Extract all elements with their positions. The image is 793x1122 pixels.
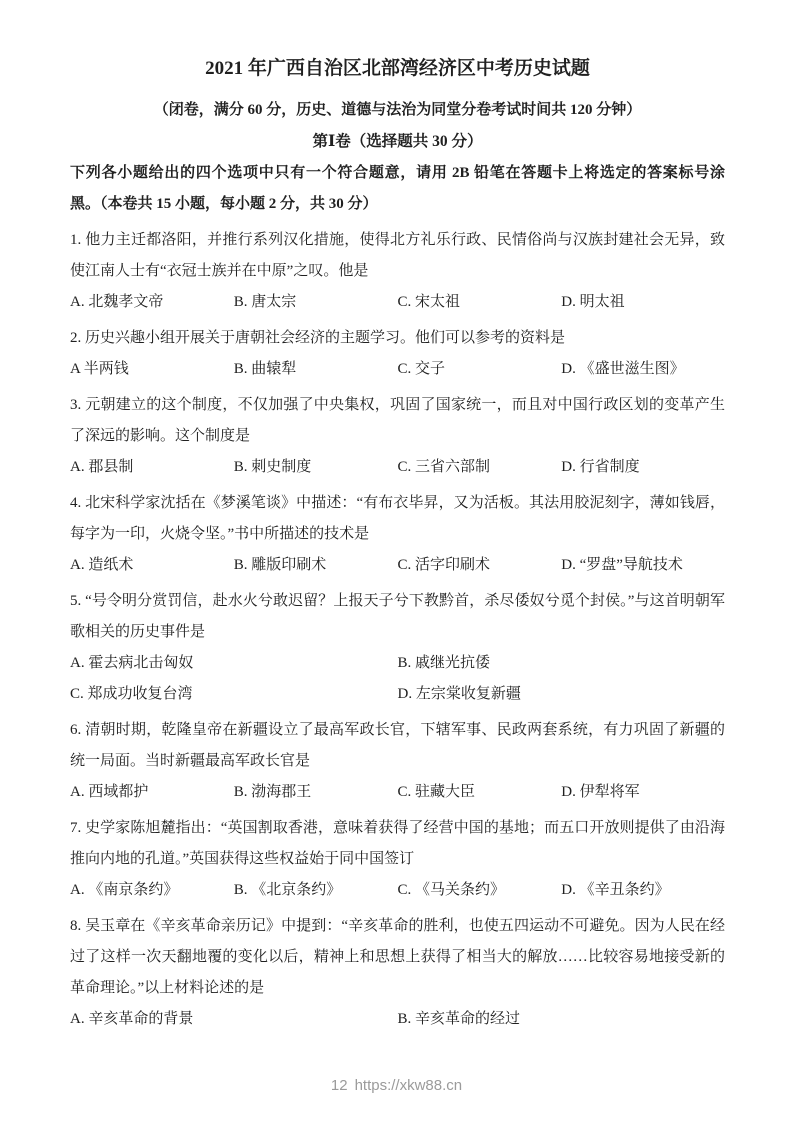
question-7-option-d: D. 《辛丑条约》 [561, 875, 725, 906]
question-1: 1. 他力主迁都洛阳，并推行系列汉化措施，使得北方礼乐行政、民情俗尚与汉族封建社… [70, 225, 725, 318]
question-6-text: 6. 清朝时期，乾隆皇帝在新疆设立了最高军政长官，下辖军事、民政两套系统，有力巩… [70, 715, 725, 777]
question-6-option-b: B. 渤海郡王 [234, 777, 398, 808]
question-6: 6. 清朝时期，乾隆皇帝在新疆设立了最高军政长官，下辖军事、民政两套系统，有力巩… [70, 715, 725, 808]
question-6-option-d: D. 伊犁将军 [561, 777, 725, 808]
question-3-option-b: B. 刺史制度 [234, 452, 398, 483]
question-4: 4. 北宋科学家沈括在《梦溪笔谈》中描述：“有布衣毕昇，又为活板。其法用胶泥刻字… [70, 488, 725, 581]
question-5-option-b: B. 戚继光抗倭 [398, 648, 726, 679]
question-2: 2. 历史兴趣小组开展关于唐朝社会经济的主题学习。他们可以参考的资料是 A 半两… [70, 323, 725, 385]
question-2-options: A 半两钱 B. 曲辕犁 C. 交子 D. 《盛世滋生图》 [70, 354, 725, 385]
question-7: 7. 史学家陈旭麓指出：“英国割取香港，意味着获得了经营中国的基地；而五口开放则… [70, 813, 725, 906]
question-7-option-a: A. 《南京条约》 [70, 875, 234, 906]
question-8-option-b: B. 辛亥革命的经过 [398, 1004, 726, 1035]
question-8-option-a: A. 辛亥革命的背景 [70, 1004, 398, 1035]
question-4-option-a: A. 造纸术 [70, 550, 234, 581]
page-title: 2021 年广西自治区北部湾经济区中考历史试题 [70, 54, 725, 84]
question-5-options: A. 霍去病北击匈奴 B. 戚继光抗倭 C. 郑成功收复台湾 D. 左宗棠收复新… [70, 648, 725, 710]
exam-page: 2021 年广西自治区北部湾经济区中考历史试题 （闭卷，满分 60 分，历史、道… [0, 0, 793, 1122]
question-1-option-b: B. 唐太宗 [234, 287, 398, 318]
question-5-option-d: D. 左宗棠收复新疆 [398, 679, 726, 710]
question-3-option-a: A. 郡县制 [70, 452, 234, 483]
question-5-option-c: C. 郑成功收复台湾 [70, 679, 398, 710]
question-8-options: A. 辛亥革命的背景 B. 辛亥革命的经过 [70, 1004, 725, 1035]
question-4-option-b: B. 雕版印刷术 [234, 550, 398, 581]
question-2-option-a: A 半两钱 [70, 354, 234, 385]
question-4-options: A. 造纸术 B. 雕版印刷术 C. 活字印刷术 D. “罗盘”导航技术 [70, 550, 725, 581]
question-3-options: A. 郡县制 B. 刺史制度 C. 三省六部制 D. 行省制度 [70, 452, 725, 483]
question-8-text: 8. 吴玉章在《辛亥革命亲历记》中提到：“辛亥革命的胜利，也使五四运动不可避免。… [70, 911, 725, 1004]
footer-url: https://xkw88.cn [355, 1077, 463, 1094]
question-1-option-c: C. 宋太祖 [398, 287, 562, 318]
question-5: 5. “号令明分赏罚信，赴水火兮敢迟留？上报天子兮下教黔首，杀尽倭奴兮觅个封侯。… [70, 586, 725, 710]
page-footer: 12https://xkw88.cn [0, 1077, 793, 1094]
question-2-option-b: B. 曲辕犁 [234, 354, 398, 385]
question-7-option-c: C. 《马关条约》 [398, 875, 562, 906]
question-4-text: 4. 北宋科学家沈括在《梦溪笔谈》中描述：“有布衣毕昇，又为活板。其法用胶泥刻字… [70, 488, 725, 550]
exam-subtitle: （闭卷，满分 60 分，历史、道德与法治为同堂分卷考试时间共 120 分钟） [70, 94, 725, 126]
question-5-option-a: A. 霍去病北击匈奴 [70, 648, 398, 679]
question-3: 3. 元朝建立的这个制度，不仅加强了中央集权，巩固了国家统一，而且对中国行政区划… [70, 390, 725, 483]
question-3-option-c: C. 三省六部制 [398, 452, 562, 483]
question-6-option-a: A. 西域都护 [70, 777, 234, 808]
footer-page-number: 12 [331, 1077, 348, 1094]
question-7-option-b: B. 《北京条约》 [234, 875, 398, 906]
section-heading: 第Ⅰ卷（选择题共 30 分） [70, 126, 725, 158]
question-2-text: 2. 历史兴趣小组开展关于唐朝社会经济的主题学习。他们可以参考的资料是 [70, 323, 725, 354]
question-2-option-c: C. 交子 [398, 354, 562, 385]
question-8: 8. 吴玉章在《辛亥革命亲历记》中提到：“辛亥革命的胜利，也使五四运动不可避免。… [70, 911, 725, 1035]
question-4-option-d: D. “罗盘”导航技术 [561, 550, 725, 581]
question-7-options: A. 《南京条约》 B. 《北京条约》 C. 《马关条约》 D. 《辛丑条约》 [70, 875, 725, 906]
question-7-text: 7. 史学家陈旭麓指出：“英国割取香港，意味着获得了经营中国的基地；而五口开放则… [70, 813, 725, 875]
question-1-text: 1. 他力主迁都洛阳，并推行系列汉化措施，使得北方礼乐行政、民情俗尚与汉族封建社… [70, 225, 725, 287]
question-1-option-a: A. 北魏孝文帝 [70, 287, 234, 318]
question-3-text: 3. 元朝建立的这个制度，不仅加强了中央集权，巩固了国家统一，而且对中国行政区划… [70, 390, 725, 452]
question-3-option-d: D. 行省制度 [561, 452, 725, 483]
question-6-options: A. 西域都护 B. 渤海郡王 C. 驻藏大臣 D. 伊犁将军 [70, 777, 725, 808]
question-4-option-c: C. 活字印刷术 [398, 550, 562, 581]
question-1-options: A. 北魏孝文帝 B. 唐太宗 C. 宋太祖 D. 明太祖 [70, 287, 725, 318]
question-5-text: 5. “号令明分赏罚信，赴水火兮敢迟留？上报天子兮下教黔首，杀尽倭奴兮觅个封侯。… [70, 586, 725, 648]
question-6-option-c: C. 驻藏大臣 [398, 777, 562, 808]
question-1-option-d: D. 明太祖 [561, 287, 725, 318]
question-2-option-d: D. 《盛世滋生图》 [561, 354, 725, 385]
exam-instructions: 下列各小题给出的四个选项中只有一个符合题意，请用 2B 铅笔在答题卡上将选定的答… [70, 158, 725, 220]
